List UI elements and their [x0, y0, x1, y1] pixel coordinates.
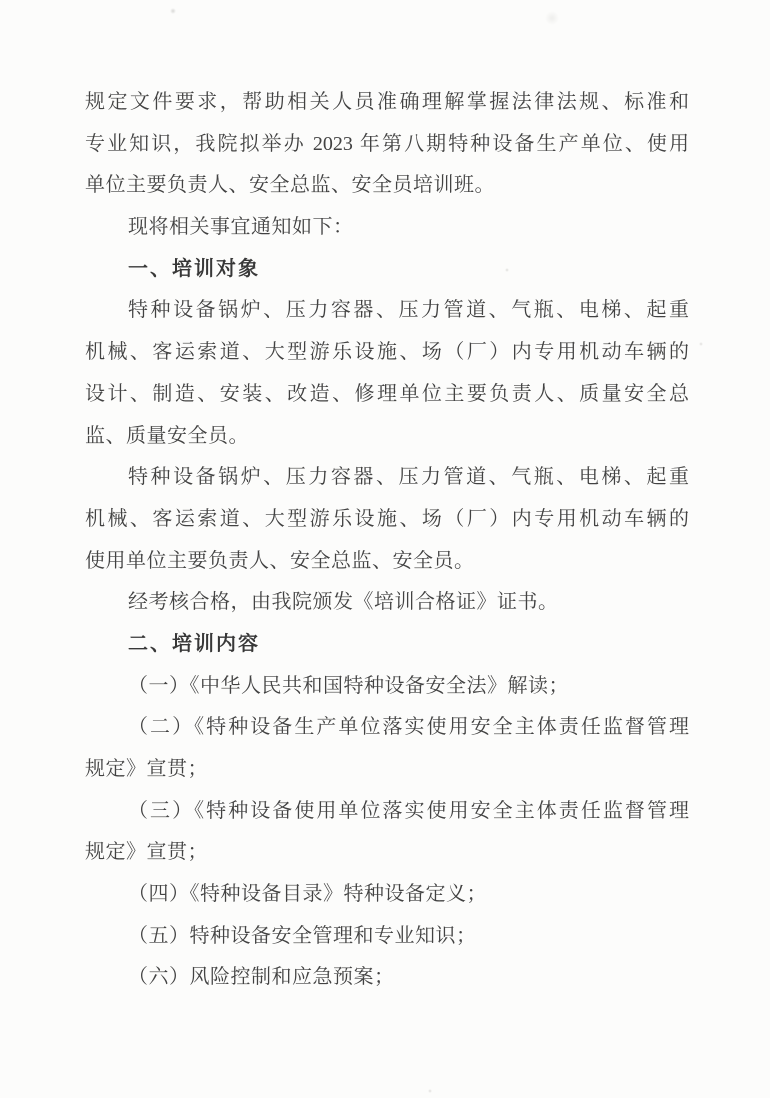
- text-line: 专业知识，我院拟举办 2023 年第八期特种设备生产单位、使用: [85, 124, 689, 166]
- section-heading: 二、培训内容: [85, 624, 689, 666]
- text-line: 规定文件要求，帮助相关人员准确理解掌握法律法规、标准和: [85, 82, 689, 124]
- text-line: 特种设备锅炉、压力容器、压力管道、气瓶、电梯、起重: [85, 290, 689, 332]
- text-line: 监、质量安全员。: [85, 416, 689, 458]
- document-page: 规定文件要求，帮助相关人员准确理解掌握法律法规、标准和专业知识，我院拟举办 20…: [0, 0, 770, 1098]
- text-line: 机械、客运索道、大型游乐设施、场（厂）内专用机动车辆的: [85, 332, 689, 374]
- text-line: （五）特种设备安全管理和专业知识；: [85, 916, 689, 958]
- text-line: 经考核合格，由我院颁发《培训合格证》证书。: [85, 582, 689, 624]
- text-line: （一）《中华人民共和国特种设备安全法》解读；: [85, 666, 689, 708]
- text-line: 现将相关事宜通知如下：: [85, 207, 689, 249]
- text-line: 使用单位主要负责人、安全总监、安全员。: [85, 541, 689, 583]
- text-line: 规定》宣贯；: [85, 832, 689, 874]
- document-text-block: 规定文件要求，帮助相关人员准确理解掌握法律法规、标准和专业知识，我院拟举办 20…: [85, 82, 689, 999]
- text-line: （三）《特种设备使用单位落实使用安全主体责任监督管理: [85, 791, 689, 833]
- text-line: 单位主要负责人、安全总监、安全员培训班。: [85, 165, 689, 207]
- section-heading: 一、培训对象: [85, 249, 689, 291]
- text-line: 规定》宣贯；: [85, 749, 689, 791]
- text-line: （二）《特种设备生产单位落实使用安全主体责任监督管理: [85, 707, 689, 749]
- text-line: （六）风险控制和应急预案；: [85, 957, 689, 999]
- text-line: （四）《特种设备目录》特种设备定义；: [85, 874, 689, 916]
- text-line: 机械、客运索道、大型游乐设施、场（厂）内专用机动车辆的: [85, 499, 689, 541]
- text-line: 特种设备锅炉、压力容器、压力管道、气瓶、电梯、起重: [85, 457, 689, 499]
- text-line: 设计、制造、安装、改造、修理单位主要负责人、质量安全总: [85, 374, 689, 416]
